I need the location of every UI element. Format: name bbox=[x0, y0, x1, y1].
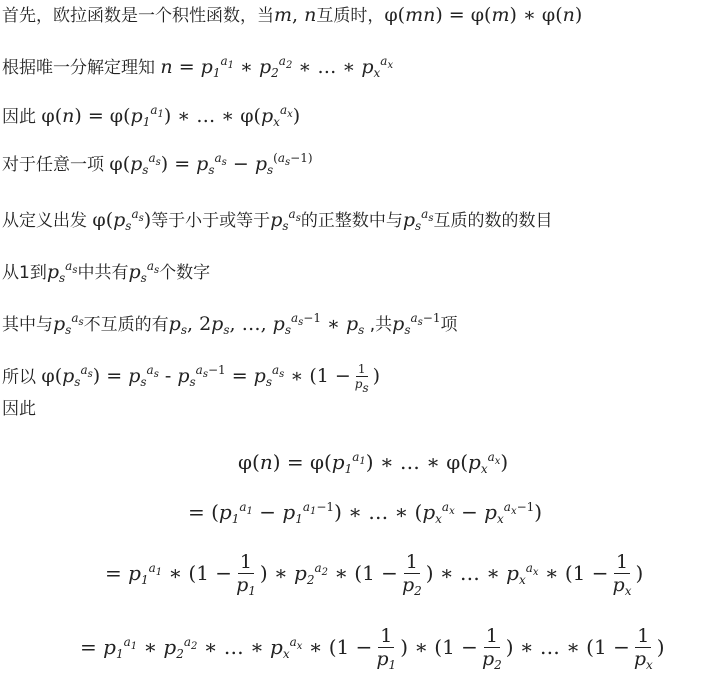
text-line-factorization: 根据唯一分解定理知 n = p1a1 ∗ p2a2 ∗ … ∗ pxax bbox=[2, 55, 393, 80]
line-text: 不互质的有 bbox=[84, 315, 169, 335]
line-text: 因此 bbox=[2, 107, 36, 127]
display-equation-2: = (p1a1 − p1a1−1) ∗ … ∗ (pxax − pxax−1) bbox=[188, 500, 542, 524]
math-ps-as: psas bbox=[53, 313, 84, 335]
math-phi-ps: φ(psas) = psas − ps(as−1) bbox=[109, 153, 312, 175]
math-ps-as: psas bbox=[403, 209, 434, 231]
display-equation-1: φ(n) = φ(p1a1) ∗ … ∗ φ(pxax) bbox=[238, 450, 508, 474]
text-line-multiplicative: 首先，欧拉函数是一个积性函数，当m, n互质时，φ(mn) = φ(m) ∗ φ… bbox=[2, 3, 582, 28]
display-equation-3: = p1a1 ∗ (1 −1p1) ∗ p2a2 ∗ (1 −1p2) ∗ … … bbox=[105, 552, 643, 597]
line-text: 其中与 bbox=[2, 315, 53, 335]
line-text: 的正整数中与 bbox=[301, 211, 403, 231]
math-phi-mn: φ(mn) = φ(m) ∗ φ(n) bbox=[384, 4, 582, 26]
line-text: 对于任意一项 bbox=[2, 155, 104, 175]
math-m-n: m, n bbox=[274, 4, 316, 26]
text-line-so: 所以 φ(psas) = psas - psas−1 = psas ∗ (1 −… bbox=[2, 363, 380, 392]
line-text: 从定义出发 bbox=[2, 211, 87, 231]
line-text: 因此 bbox=[2, 399, 36, 419]
math-phi-ps-result: φ(psas) = psas - psas−1 = psas ∗ (1 −1ps… bbox=[41, 365, 380, 387]
math-phi-n-product: φ(n) = φ(p1a1) ∗ … ∗ φ(pxax) bbox=[41, 105, 300, 127]
line-text: 根据唯一分解定理知 bbox=[2, 58, 155, 78]
line-text: 首先，欧拉函数是一个积性函数，当 bbox=[2, 6, 274, 26]
line-text: 等于小于或等于 bbox=[151, 211, 270, 231]
text-line-count: 从1到psas中共有psas个数字 bbox=[2, 260, 210, 285]
line-text: 项 bbox=[441, 315, 458, 335]
text-line-definition: 从定义出发 φ(psas)等于小于或等于psas的正整数中与psas互质的数的数… bbox=[2, 208, 552, 233]
line-text: 中共有 bbox=[77, 263, 128, 283]
math-multiples: ps, 2ps, …, psas−1 ∗ ps bbox=[169, 313, 365, 335]
line-text: 互质时， bbox=[316, 6, 384, 26]
text-line-therefore: 因此 φ(n) = φ(p1a1) ∗ … ∗ φ(pxax) bbox=[2, 104, 300, 129]
line-text: 从1到 bbox=[2, 263, 47, 283]
line-text: 互质的数的数目 bbox=[433, 211, 552, 231]
line-text: 所以 bbox=[2, 367, 36, 387]
line-text: 个数字 bbox=[159, 263, 210, 283]
math-ps-as: psas bbox=[270, 209, 301, 231]
text-line-any-term: 对于任意一项 φ(psas) = psas − ps(as−1) bbox=[2, 152, 313, 177]
math-count: psas−1 bbox=[392, 313, 440, 335]
math-ps-as: psas bbox=[47, 261, 78, 283]
math-ps-as: psas bbox=[128, 261, 159, 283]
math-factorization: n = p1a1 ∗ p2a2 ∗ … ∗ pxax bbox=[160, 56, 393, 78]
line-text: ,共 bbox=[370, 315, 392, 335]
text-line-hence: 因此 bbox=[2, 397, 36, 421]
display-equation-4: = p1a1 ∗ p2a2 ∗ … ∗ pxax ∗ (1 −1p1) ∗ (1… bbox=[80, 626, 665, 671]
text-line-non-coprime: 其中与psas不互质的有ps, 2ps, …, psas−1 ∗ ps ,共ps… bbox=[2, 312, 458, 337]
math-phi-ps: φ(psas) bbox=[92, 209, 151, 231]
